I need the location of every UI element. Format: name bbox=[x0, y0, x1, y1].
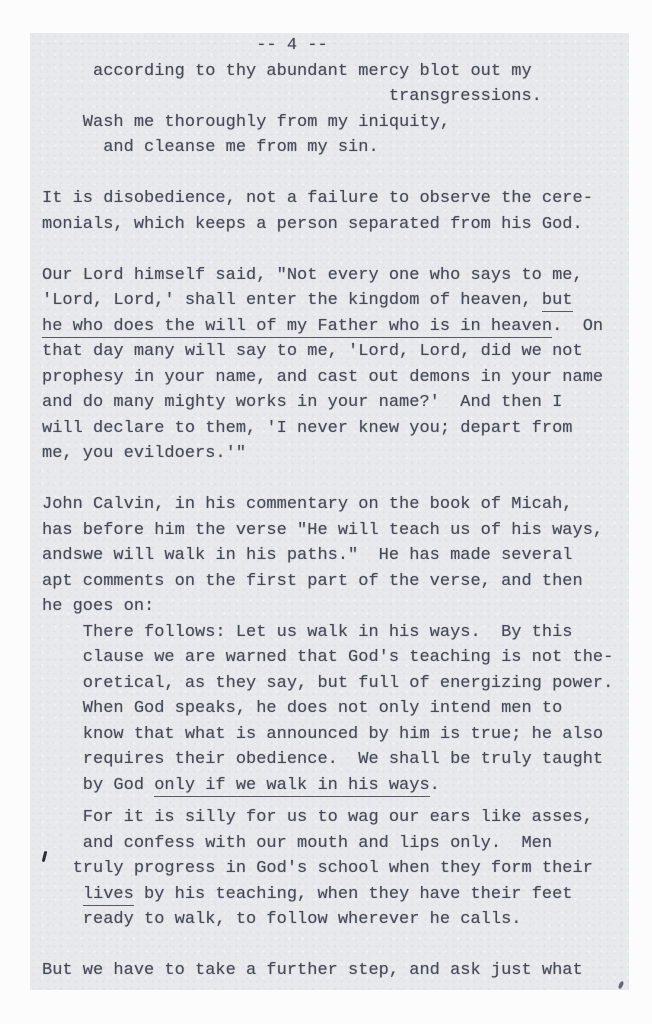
text-line: But we have to take a further step, and … bbox=[42, 958, 629, 984]
text-line: For it is silly for us to wag our ears l… bbox=[42, 805, 629, 831]
text-line: he goes on: bbox=[42, 594, 629, 620]
scanned-paper-region: -- 4 -- according to thy abundant mercy … bbox=[30, 33, 629, 990]
blank-line bbox=[42, 237, 629, 263]
text-line: and do many mighty works in your name?' … bbox=[42, 390, 629, 416]
text-line: me, you evildoers.'" bbox=[42, 441, 629, 467]
text-line: lives by his teaching, when they have th… bbox=[42, 882, 629, 908]
underlined-phrase: only if we walk in his ways bbox=[154, 776, 429, 797]
line-segment bbox=[42, 885, 83, 904]
text-line: John Calvin, in his commentary on the bo… bbox=[42, 492, 629, 518]
line-segment: . On bbox=[552, 317, 603, 336]
line-segment: by his teaching, when they have their fe… bbox=[134, 885, 573, 904]
text-line: andswe will walk in his paths." He has m… bbox=[42, 543, 629, 569]
text-line: according to thy abundant mercy blot out… bbox=[42, 59, 629, 85]
text-line: requires their obedience. We shall be tr… bbox=[42, 747, 629, 773]
line-segment: by God bbox=[42, 776, 154, 795]
text-line: that day many will say to me, 'Lord, Lor… bbox=[42, 339, 629, 365]
text-line: When God speaks, he does not only intend… bbox=[42, 696, 629, 722]
text-line: truly progress in God's school when they… bbox=[42, 856, 629, 882]
text-line: has before him the verse "He will teach … bbox=[42, 518, 629, 544]
underlined-phrase: but bbox=[542, 291, 573, 312]
underlined-phrase: he who does the will of my Father who is… bbox=[42, 317, 552, 338]
text-line: monials, which keeps a person separated … bbox=[42, 212, 629, 238]
text-line: clause we are warned that God's teaching… bbox=[42, 645, 629, 671]
page-number: -- 4 -- bbox=[42, 33, 629, 59]
typewritten-text-block: -- 4 -- according to thy abundant mercy … bbox=[42, 33, 629, 984]
blank-line bbox=[42, 161, 629, 187]
line-segment: 'Lord, Lord,' shall enter the kingdom of… bbox=[42, 291, 542, 310]
text-line: and confess with our mouth and lips only… bbox=[42, 831, 629, 857]
text-line: ready to walk, to follow wherever he cal… bbox=[42, 907, 629, 933]
text-line: oretical, as they say, but full of energ… bbox=[42, 671, 629, 697]
text-line: will declare to them, 'I never knew you;… bbox=[42, 416, 629, 442]
text-line: apt comments on the first part of the ve… bbox=[42, 569, 629, 595]
text-line: know that what is announced by him is tr… bbox=[42, 722, 629, 748]
text-line: he who does the will of my Father who is… bbox=[42, 314, 629, 340]
text-line: There follows: Let us walk in his ways. … bbox=[42, 620, 629, 646]
text-line: prophesy in your name, and cast out demo… bbox=[42, 365, 629, 391]
text-line: It is disobedience, not a failure to obs… bbox=[42, 186, 629, 212]
text-line: Wash me thoroughly from my iniquity, bbox=[42, 110, 629, 136]
line-segment: . bbox=[430, 776, 440, 795]
text-line: transgressions. bbox=[42, 84, 629, 110]
blank-line bbox=[42, 933, 629, 959]
document-page: -- 4 -- according to thy abundant mercy … bbox=[0, 0, 652, 1024]
blank-line bbox=[42, 467, 629, 493]
underlined-phrase: lives bbox=[83, 885, 134, 906]
text-line: Our Lord himself said, "Not every one wh… bbox=[42, 263, 629, 289]
text-line: by God only if we walk in his ways. bbox=[42, 773, 629, 799]
text-line: and cleanse me from my sin. bbox=[42, 135, 629, 161]
text-line: 'Lord, Lord,' shall enter the kingdom of… bbox=[42, 288, 629, 314]
